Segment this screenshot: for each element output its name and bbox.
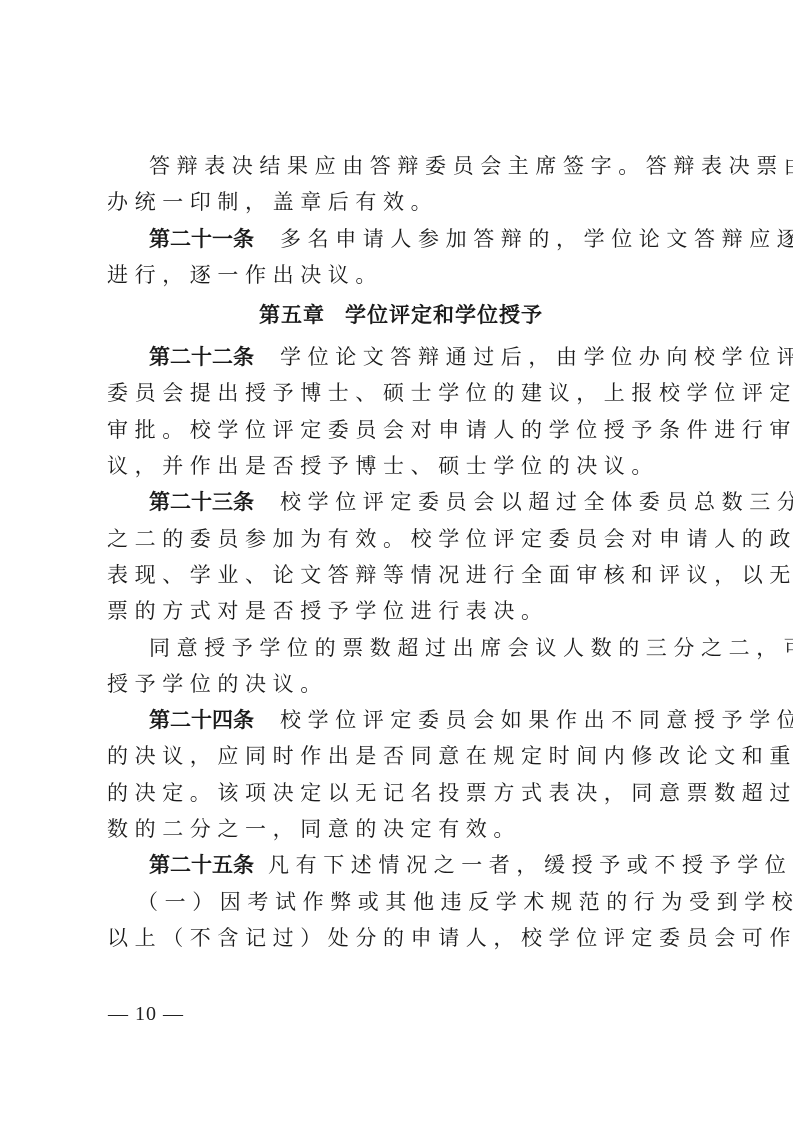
chapter-title: 学位评定和学位授予 [345, 303, 543, 327]
article-label: 第二十五条 [149, 853, 254, 877]
paragraph-line: 数的二分之一，同意的决定有效。 [107, 811, 695, 847]
paragraph-line: 答辩表决结果应由答辩委员会主席签字。答辩表决票由学位 [107, 148, 695, 184]
paragraph-line: 的决定。该项决定以无记名投票方式表决，同意票数超过委员总 [107, 775, 695, 811]
article-25-line: 第二十五条凡有下述情况之一者，缓授予或不授予学位： [107, 847, 695, 883]
paragraph-line: 表现、学业、论文答辩等情况进行全面审核和评议，以无记名投 [107, 557, 695, 593]
paragraph-line: 审批。校学位评定委员会对申请人的学位授予条件进行审查和评 [107, 412, 695, 448]
chapter-number: 第五章 [259, 303, 325, 327]
article-label: 第二十二条 [149, 345, 254, 369]
article-text: 凡有下述情况之一者，缓授予或不授予学位： [268, 853, 793, 877]
paragraph-line: 进行，逐一作出决议。 [107, 257, 695, 293]
article-label: 第二十三条 [149, 490, 254, 514]
document-page: 答辩表决结果应由答辩委员会主席签字。答辩表决票由学位 办统一印制，盖章后有效。 … [107, 148, 695, 956]
article-text: 多名申请人参加答辩的，学位论文答辩应逐一 [280, 227, 793, 251]
paragraph-line: 委员会提出授予博士、硕士学位的建议，上报校学位评定委员会 [107, 375, 695, 411]
list-item-line: （一）因考试作弊或其他违反学术规范的行为受到学校记过 [107, 884, 695, 920]
paragraph-line: 办统一印制，盖章后有效。 [107, 184, 695, 220]
article-23-line: 第二十三条校学位评定委员会以超过全体委员总数三分 [107, 484, 695, 520]
article-21-line: 第二十一条多名申请人参加答辩的，学位论文答辩应逐一 [107, 221, 695, 257]
article-text: 校学位评定委员会以超过全体委员总数三分 [280, 490, 793, 514]
article-text: 学位论文答辩通过后，由学位办向校学位评定 [280, 345, 793, 369]
paragraph-line: 授予学位的决议。 [107, 666, 695, 702]
article-text: 校学位评定委员会如果作出不同意授予学位 [280, 708, 793, 732]
paragraph-line: 的决议，应同时作出是否同意在规定时间内修改论文和重新答辩 [107, 738, 695, 774]
page-number: — 10 — [108, 1003, 184, 1026]
article-24-line: 第二十四条校学位评定委员会如果作出不同意授予学位 [107, 702, 695, 738]
article-label: 第二十四条 [149, 708, 254, 732]
paragraph-line: 之二的委员参加为有效。校学位评定委员会对申请人的政治思想 [107, 521, 695, 557]
paragraph-line: 同意授予学位的票数超过出席会议人数的三分之二，可作出 [107, 630, 695, 666]
paragraph-line: 议，并作出是否授予博士、硕士学位的决议。 [107, 448, 695, 484]
article-label: 第二十一条 [149, 227, 254, 251]
paragraph-line: 以上（不含记过）处分的申请人，校学位评定委员会可作出不授予 [107, 920, 695, 956]
article-22-line: 第二十二条学位论文答辩通过后，由学位办向校学位评定 [107, 339, 695, 375]
chapter-heading: 第五章学位评定和学位授予 [107, 295, 695, 339]
paragraph-line: 票的方式对是否授予学位进行表决。 [107, 593, 695, 629]
